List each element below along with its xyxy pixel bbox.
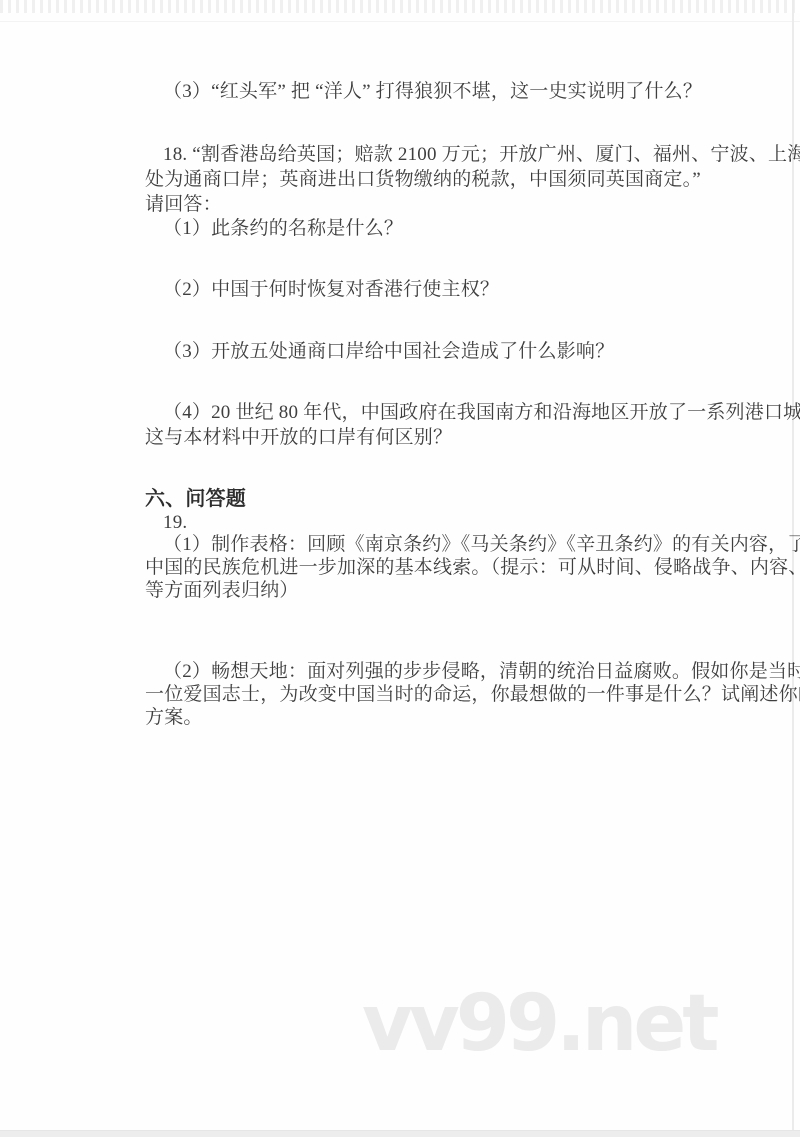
question-19-number: 19.	[145, 511, 758, 535]
question-18-sub1: （1）此条约的名称是什么？	[145, 217, 758, 241]
watermark: vv99.net	[362, 985, 716, 1063]
scan-artifact-top	[0, 0, 800, 13]
question-18-stem-line2: 处为通商口岸；英商进出口货物缴纳的税款，中国须同英国商定。”	[145, 168, 758, 192]
question-18-sub2: （2）中国于何时恢复对香港行使主权？	[145, 278, 758, 302]
question-19-sub2-line1: （2）畅想天地：面对列强的步步侵略，清朝的统治日益腐败。假如你是当时的	[145, 660, 758, 684]
scan-hairline	[0, 21, 800, 22]
question-18-sub4-line1: （4）20 世纪 80 年代，中国政府在我国南方和沿海地区开放了一系列港口城市，	[145, 401, 758, 425]
question-18-stem-line1: 18. “割香港岛给英国；赔款 2100 万元；开放广州、厦门、福州、宁波、上海…	[145, 143, 758, 167]
question-18-prompt: 请回答：	[145, 193, 758, 217]
question-17-sub3: （3）“红头军” 把 “洋人” 打得狼狈不堪，这一史实说明了什么？	[145, 80, 758, 104]
question-18-sub4-line2: 这与本材料中开放的口岸有何区别？	[145, 426, 758, 450]
question-19-sub1-line1: （1）制作表格：回顾《南京条约》《马关条约》《辛丑条约》的有关内容，了解	[145, 533, 758, 557]
question-19-sub2-line2: 一位爱国志士，为改变中国当时的命运，你最想做的一件事是什么？试阐述你的救国	[145, 683, 758, 707]
document-page: （3）“红头军” 把 “洋人” 打得狼狈不堪，这一史实说明了什么？ 18. “割…	[0, 0, 800, 1137]
section-6-heading: 六、问答题	[145, 487, 758, 511]
question-19-sub1-line3: 等方面列表归纳）	[145, 579, 758, 603]
question-19-sub1-line2: 中国的民族危机进一步加深的基本线索。（提示：可从时间、侵略战争、内容、危害	[145, 556, 758, 580]
question-18-sub3: （3）开放五处通商口岸给中国社会造成了什么影响？	[145, 340, 758, 364]
question-19-sub2-line3: 方案。	[145, 706, 758, 730]
page-bottom-edge	[0, 1130, 800, 1137]
